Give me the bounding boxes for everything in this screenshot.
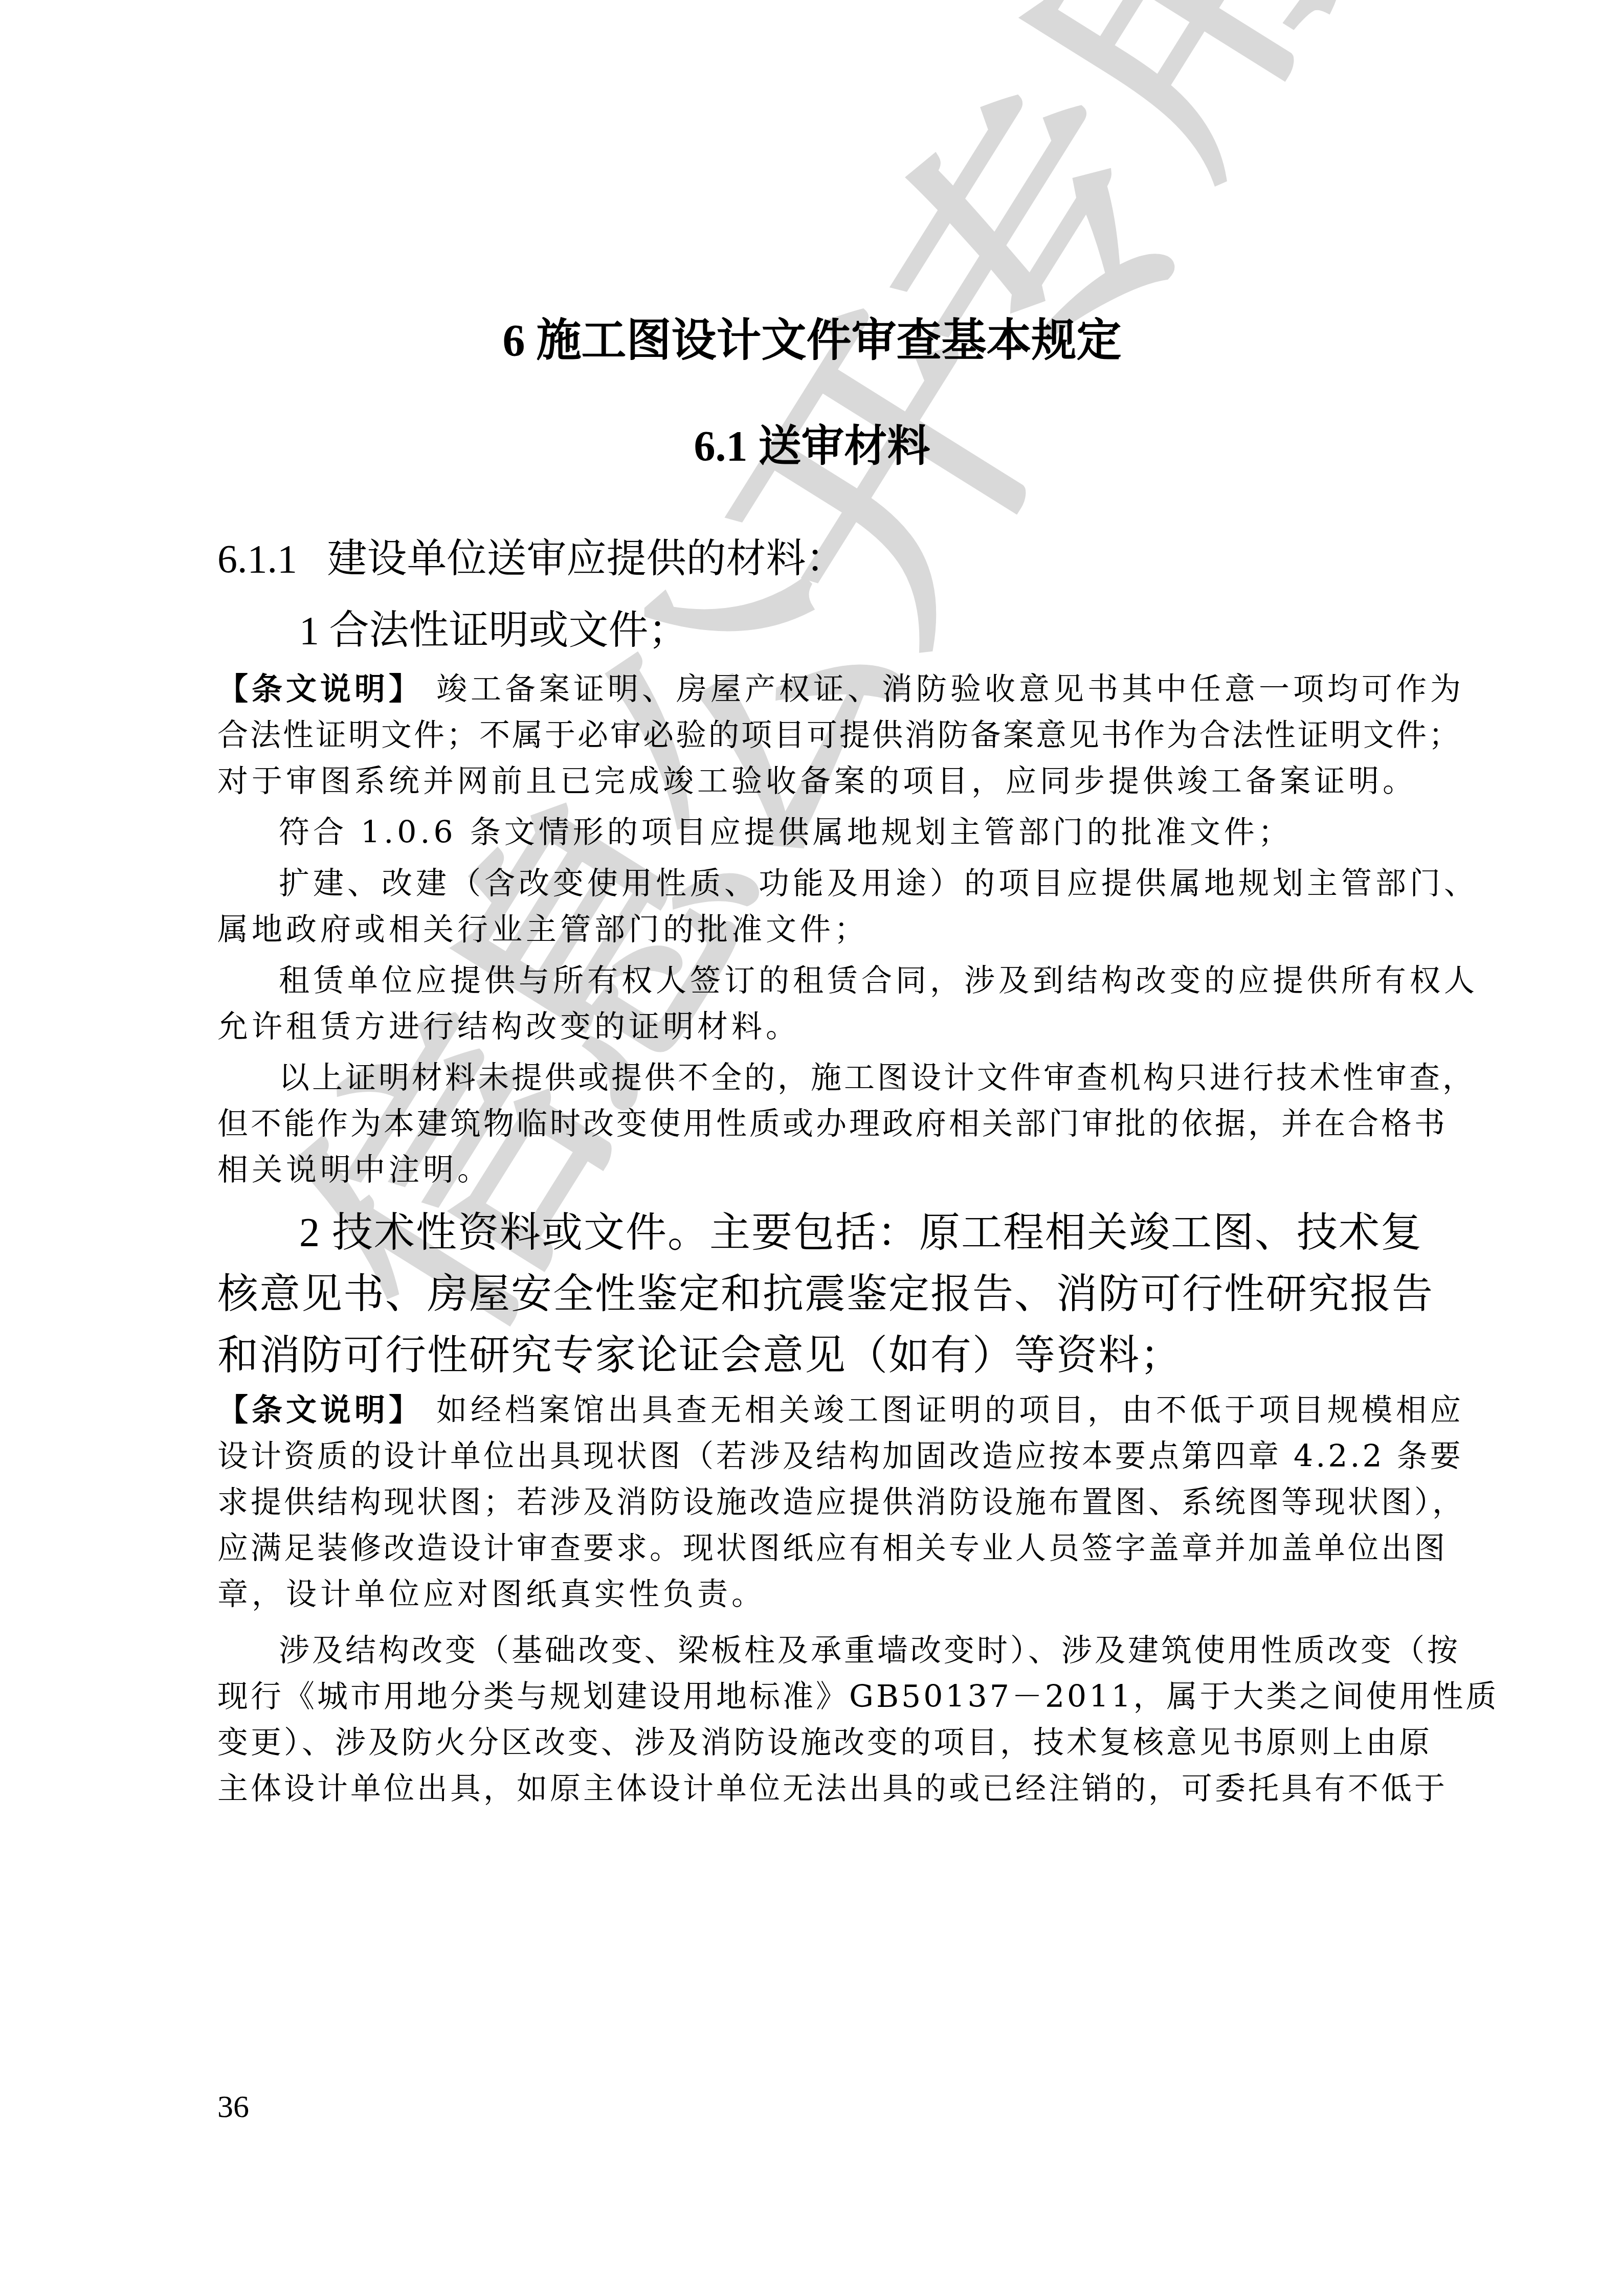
- explanation-tag: 【条文说明】: [217, 671, 423, 707]
- explanation-2-line-2: 设计资质的设计单位出具现状图（若涉及结构加固改造应按本要点第四章 4.2.2 条…: [217, 1432, 1463, 1476]
- item-2-line-3: 和消防可行性研究专家论证会意见（如有）等资料；: [217, 1322, 1182, 1381]
- paragraph-expansion-line-1: 扩建、改建（含改变使用性质、功能及用途）的项目应提供属地规划主管部门、: [279, 859, 1478, 903]
- paragraph-incomplete-line-3: 相关说明中注明。: [217, 1145, 492, 1189]
- explanation-1-line-2: 合法性证明文件；不属于必审必验的项目可提供消防备案意见书作为合法性证明文件；: [217, 711, 1461, 755]
- paragraph-incomplete-line-1: 以上证明材料未提供或提供不全的，施工图设计文件审查机构只进行技术性审查，: [279, 1053, 1476, 1097]
- item-1-heading: 1 合法性证明或文件；: [299, 598, 688, 656]
- paragraph-lease-line-1: 租赁单位应提供与所有权人签订的租赁合同，涉及到结构改变的应提供所有权人: [279, 956, 1478, 1000]
- paragraph-review-line-3: 变更）、涉及防火分区改变、涉及消防设施改变的项目，技术复核意见书原则上由原: [217, 1718, 1432, 1762]
- document-page: 信息公开专用 6 施工图设计文件审查基本规定 6.1 送审材料 6.1.1 建设…: [0, 0, 1624, 2296]
- paragraph-incomplete-line-2: 但不能作为本建筑物临时改变使用性质或办理政府相关部门审批的依据，并在合格书: [217, 1099, 1448, 1143]
- clause-text: 建设单位送审应提供的材料：: [327, 536, 846, 581]
- explanation-1-line-1: 【条文说明】 竣工备案证明、房屋产权证、消防验收意见书其中任意一项均可作为: [217, 665, 1464, 709]
- paragraph-lease-line-2: 允许租赁方进行结构改变的证明材料。: [217, 1002, 800, 1046]
- paragraph-review-line-1: 涉及结构改变（基础改变、梁板柱及承重墙改变时）、涉及建筑使用性质改变（按: [279, 1626, 1460, 1670]
- paragraph-expansion-line-2: 属地政府或相关行业主管部门的批准文件；: [217, 905, 869, 949]
- clause-number: 6.1.1: [217, 536, 297, 581]
- item-2-line-2: 核意见书、房屋安全性鉴定和抗震鉴定报告、消防可行性研究报告: [217, 1260, 1434, 1319]
- section-title: 6.1 送审材料: [0, 412, 1624, 474]
- explanation-2-line-5: 章，设计单位应对图纸真实性负责。: [217, 1570, 766, 1614]
- item-2-line-1: 2 技术性资料或文件。主要包括：原工程相关竣工图、技术复: [299, 1199, 1422, 1258]
- page-number: 36: [217, 2089, 249, 2125]
- explanation-2-line-1: 【条文说明】 如经档案馆出具查无相关竣工图证明的项目，由不低于项目规模相应: [217, 1386, 1464, 1430]
- explanation-1-line-3: 对于审图系统并网前且已完成竣工验收备案的项目，应同步提供竣工备案证明。: [217, 757, 1417, 801]
- explanation-tag: 【条文说明】: [217, 1392, 423, 1428]
- clause-heading: 6.1.1 建设单位送审应提供的材料：: [217, 527, 846, 584]
- paragraph-plan-approval: 符合 1.0.6 条文情形的项目应提供属地规划主管部门的批准文件；: [279, 808, 1293, 852]
- paragraph-review-line-2: 现行《城市用地分类与规划建设用地标准》GB50137－2011，属于大类之间使用…: [217, 1672, 1499, 1716]
- explanation-2-line-3: 求提供结构现状图；若涉及消防设施改造应提供消防设施布置图、系统图等现状图），: [217, 1478, 1465, 1522]
- explanation-2-line-4: 应满足装修改造设计审查要求。现状图纸应有相关专业人员签字盖章并加盖单位出图: [217, 1524, 1448, 1568]
- page-content: 6 施工图设计文件审查基本规定 6.1 送审材料 6.1.1 建设单位送审应提供…: [0, 0, 1624, 2296]
- paragraph-review-line-4: 主体设计单位出具，如原主体设计单位无法出具的或已经注销的，可委托具有不低于: [217, 1764, 1448, 1808]
- chapter-title: 6 施工图设计文件审查基本规定: [0, 304, 1624, 369]
